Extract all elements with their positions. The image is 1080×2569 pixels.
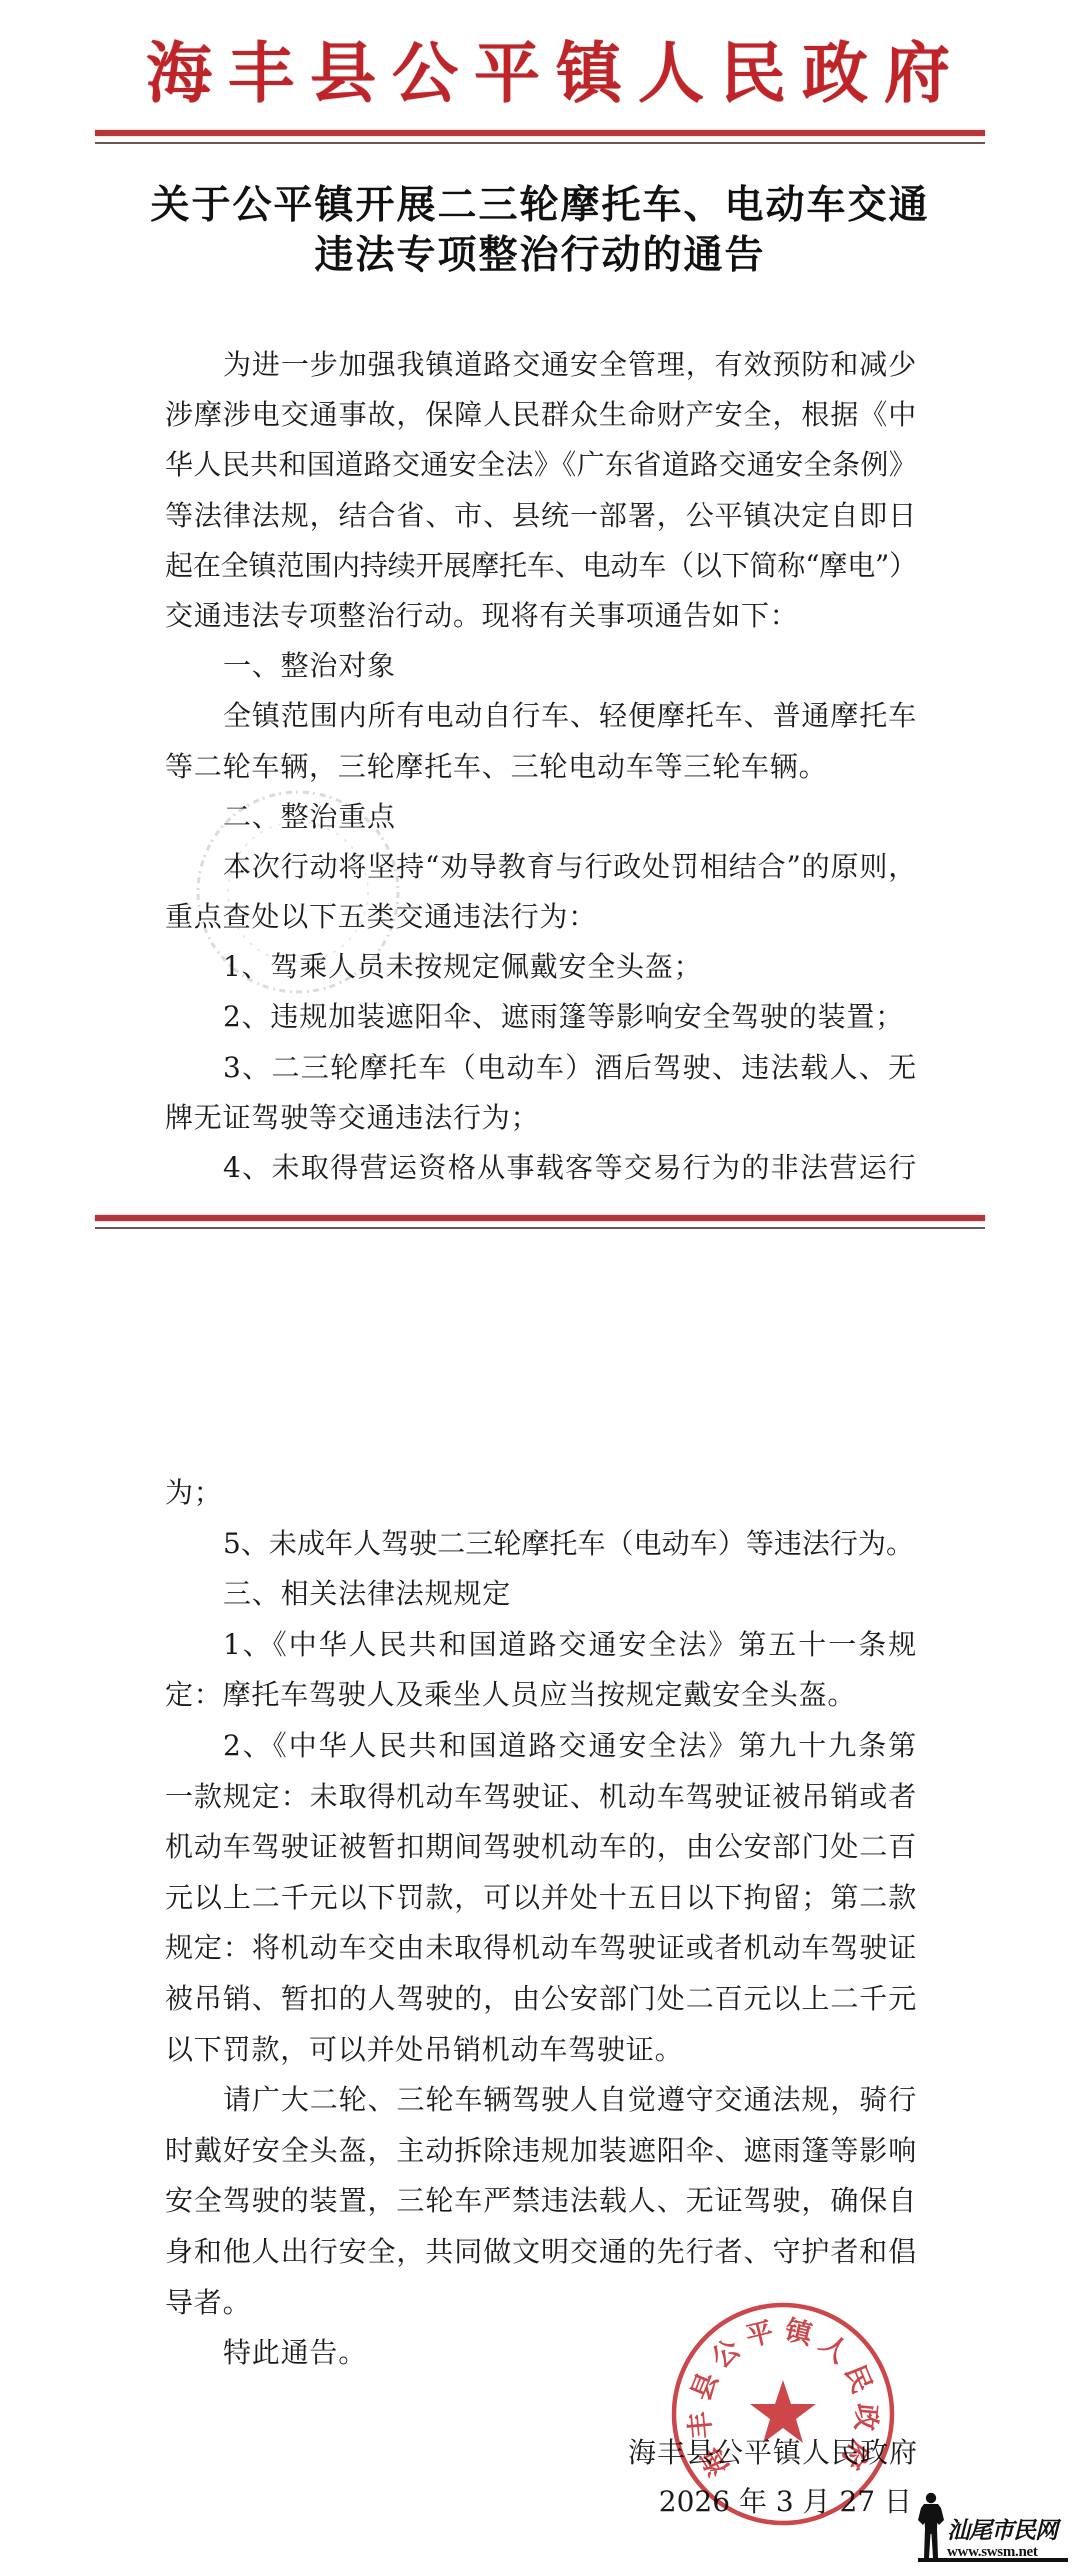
- header-rule-thin: [95, 142, 985, 144]
- text-line: 以下罚款，可以并处吊销机动车驾驶证。: [165, 2025, 917, 2076]
- text-line: 交通违法专项整治行动。现将有关事项通告如下：: [165, 591, 917, 641]
- list-item: 3、二三轮摩托车（电动车）酒后驾驶、违法载人、无: [165, 1043, 917, 1093]
- text-line: 机动车驾驶证被暂扣期间驾驶机动车的，由公安部门处二百: [165, 1822, 917, 1873]
- notice-title-line: 违法专项整治行动的通告: [0, 230, 1080, 280]
- text-line: 华人民共和国道路交通安全法》《广东省道路交通安全条例》: [165, 440, 917, 490]
- text-line: 等二轮车辆，三轮摩托车、三轮电动车等三轮车辆。: [165, 742, 917, 792]
- org-header-title: 海丰县公平镇人民政府: [146, 38, 966, 108]
- notice-title-line: 关于公平镇开展二三轮摩托车、电动车交通: [0, 180, 1080, 230]
- text-line: 请广大二轮、三轮车辆驾驶人自觉遵守交通法规，骑行: [165, 2075, 917, 2126]
- watermark: 汕尾市民网 www.swsm.net: [914, 2488, 1080, 2569]
- page-break-rule-thick: [95, 1215, 985, 1221]
- list-item: 2、《中华人民共和国道路交通安全法》第九十九条第: [165, 1721, 917, 1772]
- list-item: 4、未取得营运资格从事载客等交易行为的非法营运行: [165, 1143, 917, 1193]
- text-line: 时戴好安全头盔，主动拆除违规加装遮阳伞、遮雨篷等影响: [165, 2126, 917, 2177]
- text-line: 本次行动将坚持“劝导教育与行政处罚相结合”的原则，: [165, 842, 917, 892]
- text-line: 起在全镇范围内持续开展摩托车、电动车（以下简称“摩电”）: [165, 541, 917, 591]
- star-icon: [750, 2380, 816, 2443]
- text-line: 为进一步加强我镇道路交通安全管理，有效预防和减少: [165, 340, 917, 390]
- text-line: 一款规定：未取得机动车驾驶证、机动车驾驶证被吊销或者: [165, 1772, 917, 1823]
- watermark-base-bar: [918, 2558, 1068, 2562]
- section-heading: 一、整治对象: [165, 641, 917, 691]
- watermark-name: 汕尾市民网: [947, 2518, 1057, 2544]
- page-break-rule-thin: [95, 1227, 985, 1229]
- list-item: 1、驾乘人员未按规定佩戴安全头盔；: [165, 942, 917, 992]
- official-seal: 海丰县公平镇人民政府: [663, 2294, 903, 2534]
- standing-figure-icon: [916, 2491, 946, 2561]
- text-line: 定：摩托车驾驶人及乘坐人员应当按规定戴安全头盔。: [165, 1670, 917, 1721]
- text-line: 等法律法规，结合省、市、县统一部署，公平镇决定自即日: [165, 491, 917, 541]
- list-item: 5、未成年人驾驶二三轮摩托车（电动车）等违法行为。: [165, 1519, 917, 1570]
- list-item: 1、《中华人民共和国道路交通安全法》第五十一条规: [165, 1620, 917, 1671]
- section-heading: 三、相关法律法规规定: [165, 1569, 917, 1620]
- text-line: 被吊销、暂扣的人驾驶的，由公安部门处二百元以上二千元: [165, 1974, 917, 2025]
- header-rule-thick: [95, 130, 985, 136]
- text-line: 规定：将机动车交由未取得机动车驾驶证或者机动车驾驶证: [165, 1923, 917, 1974]
- text-line: 为；: [165, 1468, 917, 1519]
- text-line: 安全驾驶的装置，三轮车严禁违法载人、无证驾驶，确保自: [165, 2176, 917, 2227]
- section-heading: 二、整治重点: [165, 792, 917, 842]
- text-line: 元以上二千元以下罚款，可以并处十五日以下拘留；第二款: [165, 1873, 917, 1924]
- text-line: 全镇范围内所有电动自行车、轻便摩托车、普通摩托车: [165, 691, 917, 741]
- notice-title: 关于公平镇开展二三轮摩托车、电动车交通 违法专项整治行动的通告: [0, 180, 1080, 280]
- text-line: 牌无证驾驶等交通违法行为；: [165, 1093, 917, 1143]
- body-page-2: 为； 5、未成年人驾驶二三轮摩托车（电动车）等违法行为。 三、相关法律法规规定 …: [165, 1468, 917, 2379]
- text-line: 涉摩涉电交通事故，保障人民群众生命财产安全，根据《中: [165, 390, 917, 440]
- body-page-1: 为进一步加强我镇道路交通安全管理，有效预防和减少 涉摩涉电交通事故，保障人民群众…: [165, 340, 917, 1193]
- text-line: 身和他人出行安全，共同做文明交通的先行者、守护者和倡: [165, 2227, 917, 2278]
- text-line: 重点查处以下五类交通违法行为：: [165, 892, 917, 942]
- list-item: 2、违规加装遮阳伞、遮雨篷等影响安全驾驶的装置；: [165, 992, 917, 1042]
